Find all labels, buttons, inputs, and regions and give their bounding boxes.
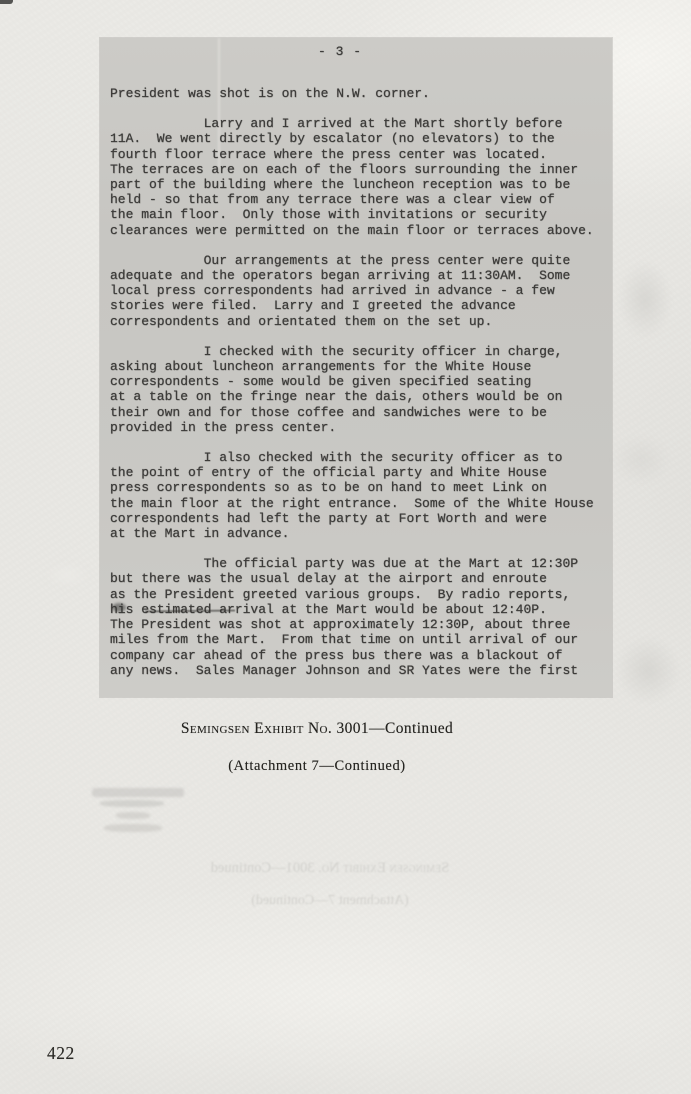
exhibit-caption-block: Semingsen Exhibit No. 3001—Continued (At… xyxy=(0,720,634,775)
bleedthrough-exhibit-caption: Semingsen Exhibit No. 3001—Continued xyxy=(0,860,660,877)
ink-blot-artifact xyxy=(112,603,126,612)
paper-highlight xyxy=(40,560,95,590)
typed-paragraph-3: Our arrangements at the press center wer… xyxy=(110,253,610,329)
typed-paragraph-2: Larry and I arrived at the Mart shortly … xyxy=(110,116,610,238)
bleedthrough-smudge xyxy=(100,800,164,807)
typed-sheet-page-number: - 3 - xyxy=(100,44,580,59)
folio-page-number: 422 xyxy=(47,1043,75,1064)
exhibit-caption-name: Semingsen Exhibit No. xyxy=(181,720,332,737)
bleedthrough-smudge xyxy=(606,430,676,490)
typed-paragraph-5: I also checked with the security officer… xyxy=(110,450,610,541)
bleedthrough-smudge xyxy=(92,788,184,797)
bleedthrough-smudge xyxy=(612,252,678,347)
exhibit-caption: Semingsen Exhibit No. 3001—Continued xyxy=(0,720,634,738)
typed-text-body: President was shot is on the N.W. corner… xyxy=(110,86,610,693)
bleedthrough-smudge xyxy=(608,628,688,713)
scan-corner-artifact xyxy=(0,0,13,4)
typed-paragraph-1: President was shot is on the N.W. corner… xyxy=(110,86,610,101)
bleedthrough-smudge xyxy=(116,812,150,819)
attachment-caption: (Attachment 7—Continued) xyxy=(0,758,634,775)
bleedthrough-attachment-caption: (Attachment 7—Continued) xyxy=(0,893,660,909)
typed-paragraph-4: I checked with the security officer in c… xyxy=(110,344,610,435)
bleedthrough-smudge xyxy=(104,824,162,832)
typed-paragraph-6: The official party was due at the Mart a… xyxy=(110,556,610,678)
exhibit-caption-number: 3001—Continued xyxy=(332,720,453,737)
typed-document-photostat: - 3 - President was shot is on the N.W. … xyxy=(100,38,612,697)
